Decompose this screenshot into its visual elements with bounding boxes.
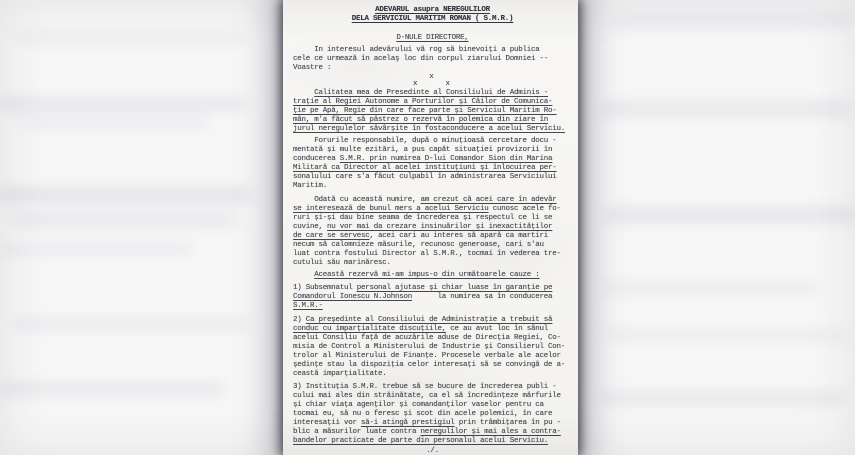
paragraph-odata-line: luat contra fostului Director al S.M.R.,… [293, 250, 572, 259]
cause-3-line: cului mai ales din străinătate, ca el să… [293, 392, 572, 401]
paragraph-odata-line: ruri și-și dau bine seama de încrederea … [293, 214, 572, 223]
paragraph-presidency-line: jurul neregulelor săvârșite în fostacond… [293, 125, 572, 134]
end-mark: ./. [293, 447, 572, 455]
intro-paragraph-line: In interesul adevărului vă rog să binevo… [293, 46, 572, 55]
title-line: ADEVARUL asupra NEREGULILOR [293, 6, 572, 15]
paragraph-forurile-line: mentată și multe ezitări, a pus capăt si… [293, 146, 572, 155]
causes-heading-line: Această rezervă mi-am impus-o din următo… [293, 271, 572, 280]
paragraph-odata-line: Odată cu această numire, am crezut că ac… [293, 196, 572, 205]
cause-2-line: conduc cu imparțialitate discuțiile, ce … [293, 325, 572, 334]
paragraph-odata-line: cuvine, nu vor mai da crezare insinuăril… [293, 223, 572, 232]
cause-2-line: ședințe stau la dispoziția celor interes… [293, 361, 572, 370]
title: ADEVARUL asupra NEREGULILORDELA SERVICIU… [293, 6, 572, 24]
cause-1: 1) Subsemnatul personal ajutase și chiar… [293, 284, 572, 311]
backdrop-smudge [0, 98, 245, 110]
cause-3-line: blic a măsurilor luate contra neregulilo… [293, 428, 572, 437]
paragraph-odata: Odată cu această numire, am crezut că ac… [293, 196, 572, 268]
salutation: D-NULE DIRECTORE, [293, 34, 572, 43]
paragraph-presidency-line: trație al Regiei Autonome a Porturilor ș… [293, 98, 572, 107]
paragraph-presidency: Calitatea mea de Presedinte al Consiliul… [293, 89, 572, 134]
paragraph-forurile-line: Militară ca Director al acelei instituți… [293, 164, 572, 173]
backdrop-smudge [600, 103, 850, 115]
paragraph-odata-line: necum să calomnieze măsurile, recunosc g… [293, 241, 572, 250]
backdrop-smudge [612, 14, 852, 26]
cause-1-line: S.M.R.- [293, 302, 572, 311]
cause-2-line: 2) Ca președinte al Consiliului de Admin… [293, 316, 572, 325]
backdrop-smudge [0, 244, 195, 254]
intro-paragraph-line: cele ce urmează în acelaş loc din corpul… [293, 55, 572, 64]
document-page-content: ADEVARUL asupra NEREGULILORDELA SERVICIU… [283, 0, 578, 455]
paragraph-forurile-line: Maritim. [293, 182, 572, 191]
cause-1-line: Comandorul Ionescu N.Johnson la numirea … [293, 293, 572, 302]
x-separator-line: x x [293, 81, 572, 88]
paragraph-forurile: Forurile responsabile, după o minuțioasă… [293, 137, 572, 191]
end-mark-line: ./. [293, 447, 572, 455]
salutation-line: D-NULE DIRECTORE, [293, 34, 572, 43]
paragraph-odata-line: se interesează de bunul mers a acelui Se… [293, 205, 572, 214]
backdrop-smudge [0, 383, 225, 395]
cause-3-line: bandelor practicate de parte din persona… [293, 437, 572, 446]
cause-2-line: acelui Consiliu față de acuzările aduse … [293, 334, 572, 343]
document-page: ADEVARUL asupra NEREGULILORDELA SERVICIU… [283, 0, 578, 455]
backdrop-smudge [15, 33, 245, 43]
backdrop-smudge [600, 392, 845, 404]
cause-2: 2) Ca președinte al Consiliului de Admin… [293, 316, 572, 379]
causes-heading: Această rezervă mi-am impus-o din următo… [293, 271, 572, 280]
cause-1-line: 1) Subsemnatul personal ajutase și chiar… [293, 284, 572, 293]
paragraph-presidency-line: ție pe Apă, Regie din care face parte și… [293, 107, 572, 116]
cause-3-line: tocmai eu, să nu o feresc și scot din ac… [293, 410, 572, 419]
cause-2-line: ceastă imparțialitate. [293, 370, 572, 379]
cause-3-line: 3) Instituția S.M.R. trebue să se bucure… [293, 383, 572, 392]
backdrop-smudge [605, 208, 855, 222]
intro-paragraph: In interesul adevărului vă rog să binevo… [293, 46, 572, 73]
cause-3-line: interesații vor să-i atingă prestigiul p… [293, 419, 572, 428]
paragraph-presidency-line: mân, m'a făcut să păstrez o rezervă în p… [293, 116, 572, 125]
intro-paragraph-line: Voastre : [293, 64, 572, 73]
paragraph-forurile-line: sonalului care s'a făcut culpabil în adm… [293, 173, 572, 182]
backdrop-smudge [12, 318, 247, 330]
title-line: DELA SERVICIUL MARITIM ROMAN ( S.M.R.) [293, 15, 572, 24]
cause-2-line: trolor al Ministerului de Finanțe. Proce… [293, 352, 572, 361]
backdrop-smudge [0, 188, 250, 202]
backdrop-smudge [12, 214, 237, 226]
paragraph-odata-line: de care se servesc, acei cari au interes… [293, 232, 572, 241]
backdrop-smudge [600, 283, 820, 293]
cause-3: 3) Instituția S.M.R. trebue să se bucure… [293, 383, 572, 446]
backdrop-smudge [605, 330, 845, 340]
cause-3-line: și chiar viața agenților și comandanțilo… [293, 401, 572, 410]
scan-viewer: ADEVARUL asupra NEREGULILORDELA SERVICIU… [0, 0, 855, 455]
paragraph-odata-line: cutului său marinăresc. [293, 259, 572, 268]
backdrop-smudge [20, 118, 210, 128]
x-separator: xx x [293, 74, 572, 87]
paragraph-forurile-line: Forurile responsabile, după o minuțioasă… [293, 137, 572, 146]
paragraph-presidency-line: Calitatea mea de Presedinte al Consiliul… [293, 89, 572, 98]
paragraph-forurile-line: conducerea S.M.R. prin numirea D-lui Com… [293, 155, 572, 164]
cause-2-line: misia de Control a Ministerului de Indus… [293, 343, 572, 352]
